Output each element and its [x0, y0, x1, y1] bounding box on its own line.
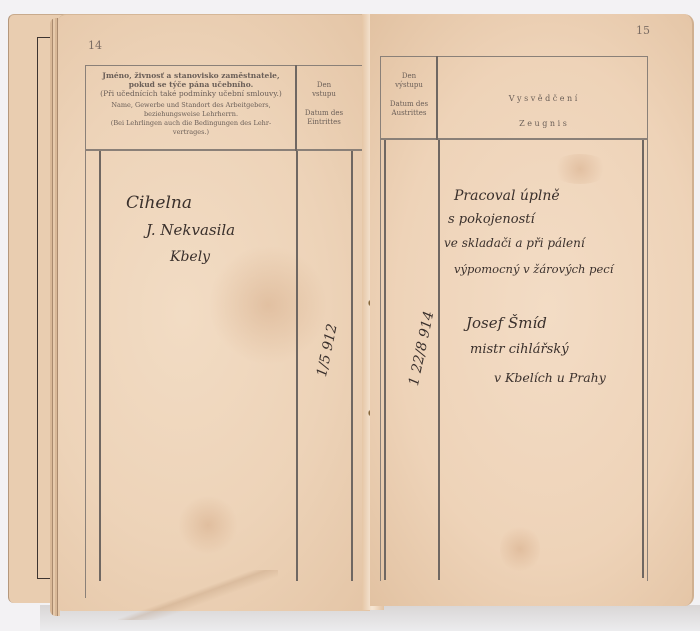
header-exit-de-2: Austrittes — [382, 109, 436, 118]
column-rule-exit-right — [438, 140, 440, 580]
header-exit-cz-1: Den — [382, 72, 436, 81]
handwritten-employer-place: Kbely — [170, 249, 210, 265]
handwritten-signature-name: Josef Šmíd — [466, 314, 547, 332]
handwritten-employer-owner: J. Nekvasila — [146, 221, 235, 239]
header-exit-de-1: Datum des — [382, 100, 436, 109]
column-rule-left — [99, 151, 101, 581]
header-entry-cz-2: vstupu — [298, 90, 350, 99]
header-employer-de-1: Name, Gewerbe und Standort des Arbeitgeb… — [88, 101, 294, 110]
column-rule-entry-right — [351, 151, 353, 581]
handwritten-reference-line-4: výpomocný v žárových pecí — [454, 262, 613, 276]
handwritten-signature-place: v Kbelích u Prahy — [494, 370, 606, 385]
header-column-divider — [436, 56, 438, 140]
column-rule-entry-left — [296, 151, 298, 581]
header-exit-date: Den výstupu Datum des Austrittes — [382, 72, 436, 118]
header-employer-cz-3: (Při učednících také podmínky učební sml… — [88, 89, 294, 98]
header-reference-cz: V y s v ě d č e n í — [440, 94, 646, 103]
header-exit-cz-2: výstupu — [382, 81, 436, 90]
header-employer-cz-1: Jméno, živnosť a stanovisko zaměstnatele… — [88, 71, 294, 80]
left-page: 14 Jméno, živnosť a stanovisko zaměstnat… — [58, 14, 370, 611]
column-rule-exit-left — [384, 140, 386, 580]
header-entry-de-1: Datum des — [298, 109, 350, 118]
header-column-divider — [295, 65, 297, 151]
header-employer: Jméno, živnosť a stanovisko zaměstnatele… — [88, 71, 294, 137]
header-entry-cz-1: Den — [298, 81, 350, 90]
header-employer-de-2: beziehungsweise Lehrherrn. — [88, 110, 294, 119]
header-reference: V y s v ě d č e n í Z e u g n i s — [440, 94, 646, 128]
page-number: 14 — [88, 39, 102, 52]
handwritten-employer-name: Cihelna — [126, 193, 192, 213]
corner-fold — [118, 570, 278, 620]
header-divider — [380, 138, 648, 140]
right-page: 15 Den výstupu Datum des Austrittes V y … — [370, 14, 694, 606]
handwritten-reference-line-2: s pokojeností — [448, 212, 535, 227]
header-entry-de-2: Eintrittes — [298, 118, 350, 127]
handwritten-reference-line-1: Pracoval úplně — [454, 188, 560, 204]
header-employer-de-4: vertrages.) — [88, 128, 294, 137]
header-employer-de-3: (Bei Lehrlingen auch die Bedingungen des… — [88, 119, 294, 128]
header-reference-de: Z e u g n i s — [440, 119, 646, 128]
column-rule-right — [642, 140, 644, 578]
handwritten-reference-line-3: ve skladači a při pálení — [444, 236, 585, 250]
header-divider — [85, 149, 365, 151]
page-number: 15 — [636, 24, 650, 37]
header-employer-cz-2: pokud se týče pána učebního. — [88, 80, 294, 89]
handwritten-signature-title: mistr cihlářský — [470, 342, 569, 357]
header-entry-date: Den vstupu Datum des Eintrittes — [298, 81, 350, 127]
